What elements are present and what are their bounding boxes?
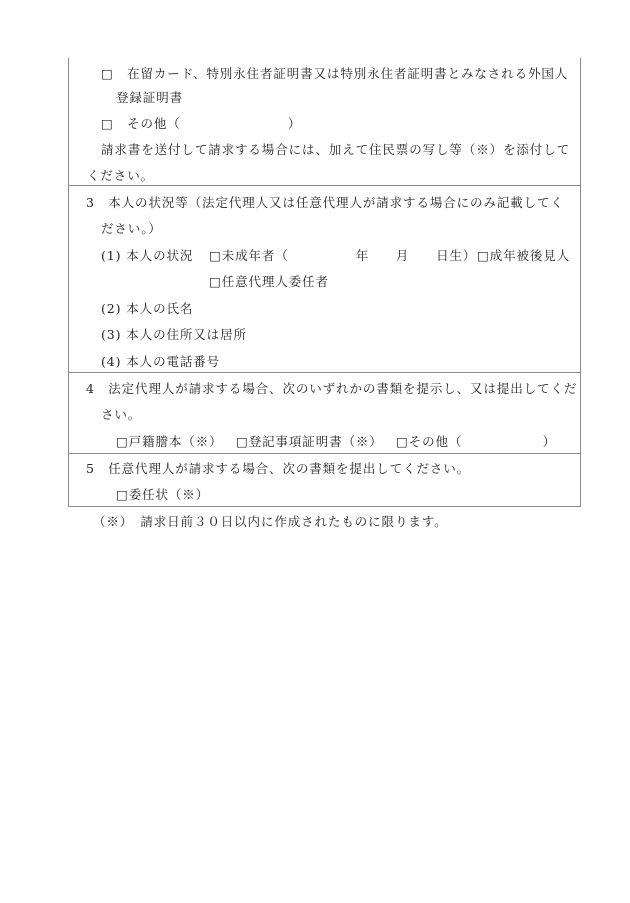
checkbox-koseki[interactable]: □戸籍謄本（※） — [116, 434, 223, 450]
row-divider — [69, 453, 580, 454]
section5-heading: 5 任意代理人が請求する場合、次の書類を提出してください。 — [86, 461, 470, 477]
section4-heading-cont: さい。 — [101, 407, 141, 423]
form-table: □ 在留カード、特別永住者証明書又は特別永住者証明書とみなされる外国人 登録証明… — [68, 58, 581, 507]
checkbox-other-id[interactable]: □ その他（ ） — [101, 116, 301, 132]
section3-heading: 3 本人の状況等（法定代理人又は任意代理人が請求する場合にのみ記載してく — [86, 195, 564, 211]
residence-card-cont: 登録証明書 — [116, 90, 183, 106]
person-status-label: (1) 本人の状況 — [101, 248, 193, 264]
checkbox-registry[interactable]: □登記事項証明書（※） — [236, 434, 383, 450]
checkbox-poa[interactable]: □委任状（※） — [116, 487, 209, 503]
row-divider — [69, 372, 580, 373]
mail-note: 請求書を送付して請求する場合には、加えて住民票の写し等（※）を添付して — [101, 142, 570, 158]
person-name-label: (2) 本人の氏名 — [101, 301, 193, 317]
checkbox-other-doc[interactable]: □その他（ ） — [396, 434, 556, 450]
person-phone-label: (4) 本人の電話番号 — [101, 354, 220, 370]
checkbox-minor[interactable]: □未成年者（ 年 月 日生） — [209, 248, 476, 264]
row-divider — [69, 185, 580, 186]
person-address-label: (3) 本人の住所又は居所 — [101, 327, 247, 343]
checkbox-residence-card[interactable]: □ 在留カード、特別永住者証明書又は特別永住者証明書とみなされる外国人 — [101, 66, 568, 82]
mail-note-cont: ください。 — [87, 168, 154, 184]
checkbox-adult-ward[interactable]: □成年被後見人 — [477, 248, 570, 264]
section3-heading-cont: ださい。） — [101, 221, 162, 237]
section4-heading: 4 法定代理人が請求する場合、次のいずれかの書類を提示し、又は提出してくだ — [86, 381, 577, 397]
checkbox-principal[interactable]: □任意代理人委任者 — [209, 274, 329, 290]
footnote: （※） 請求日前３０日以内に作成されたものに限ります。 — [93, 514, 448, 530]
